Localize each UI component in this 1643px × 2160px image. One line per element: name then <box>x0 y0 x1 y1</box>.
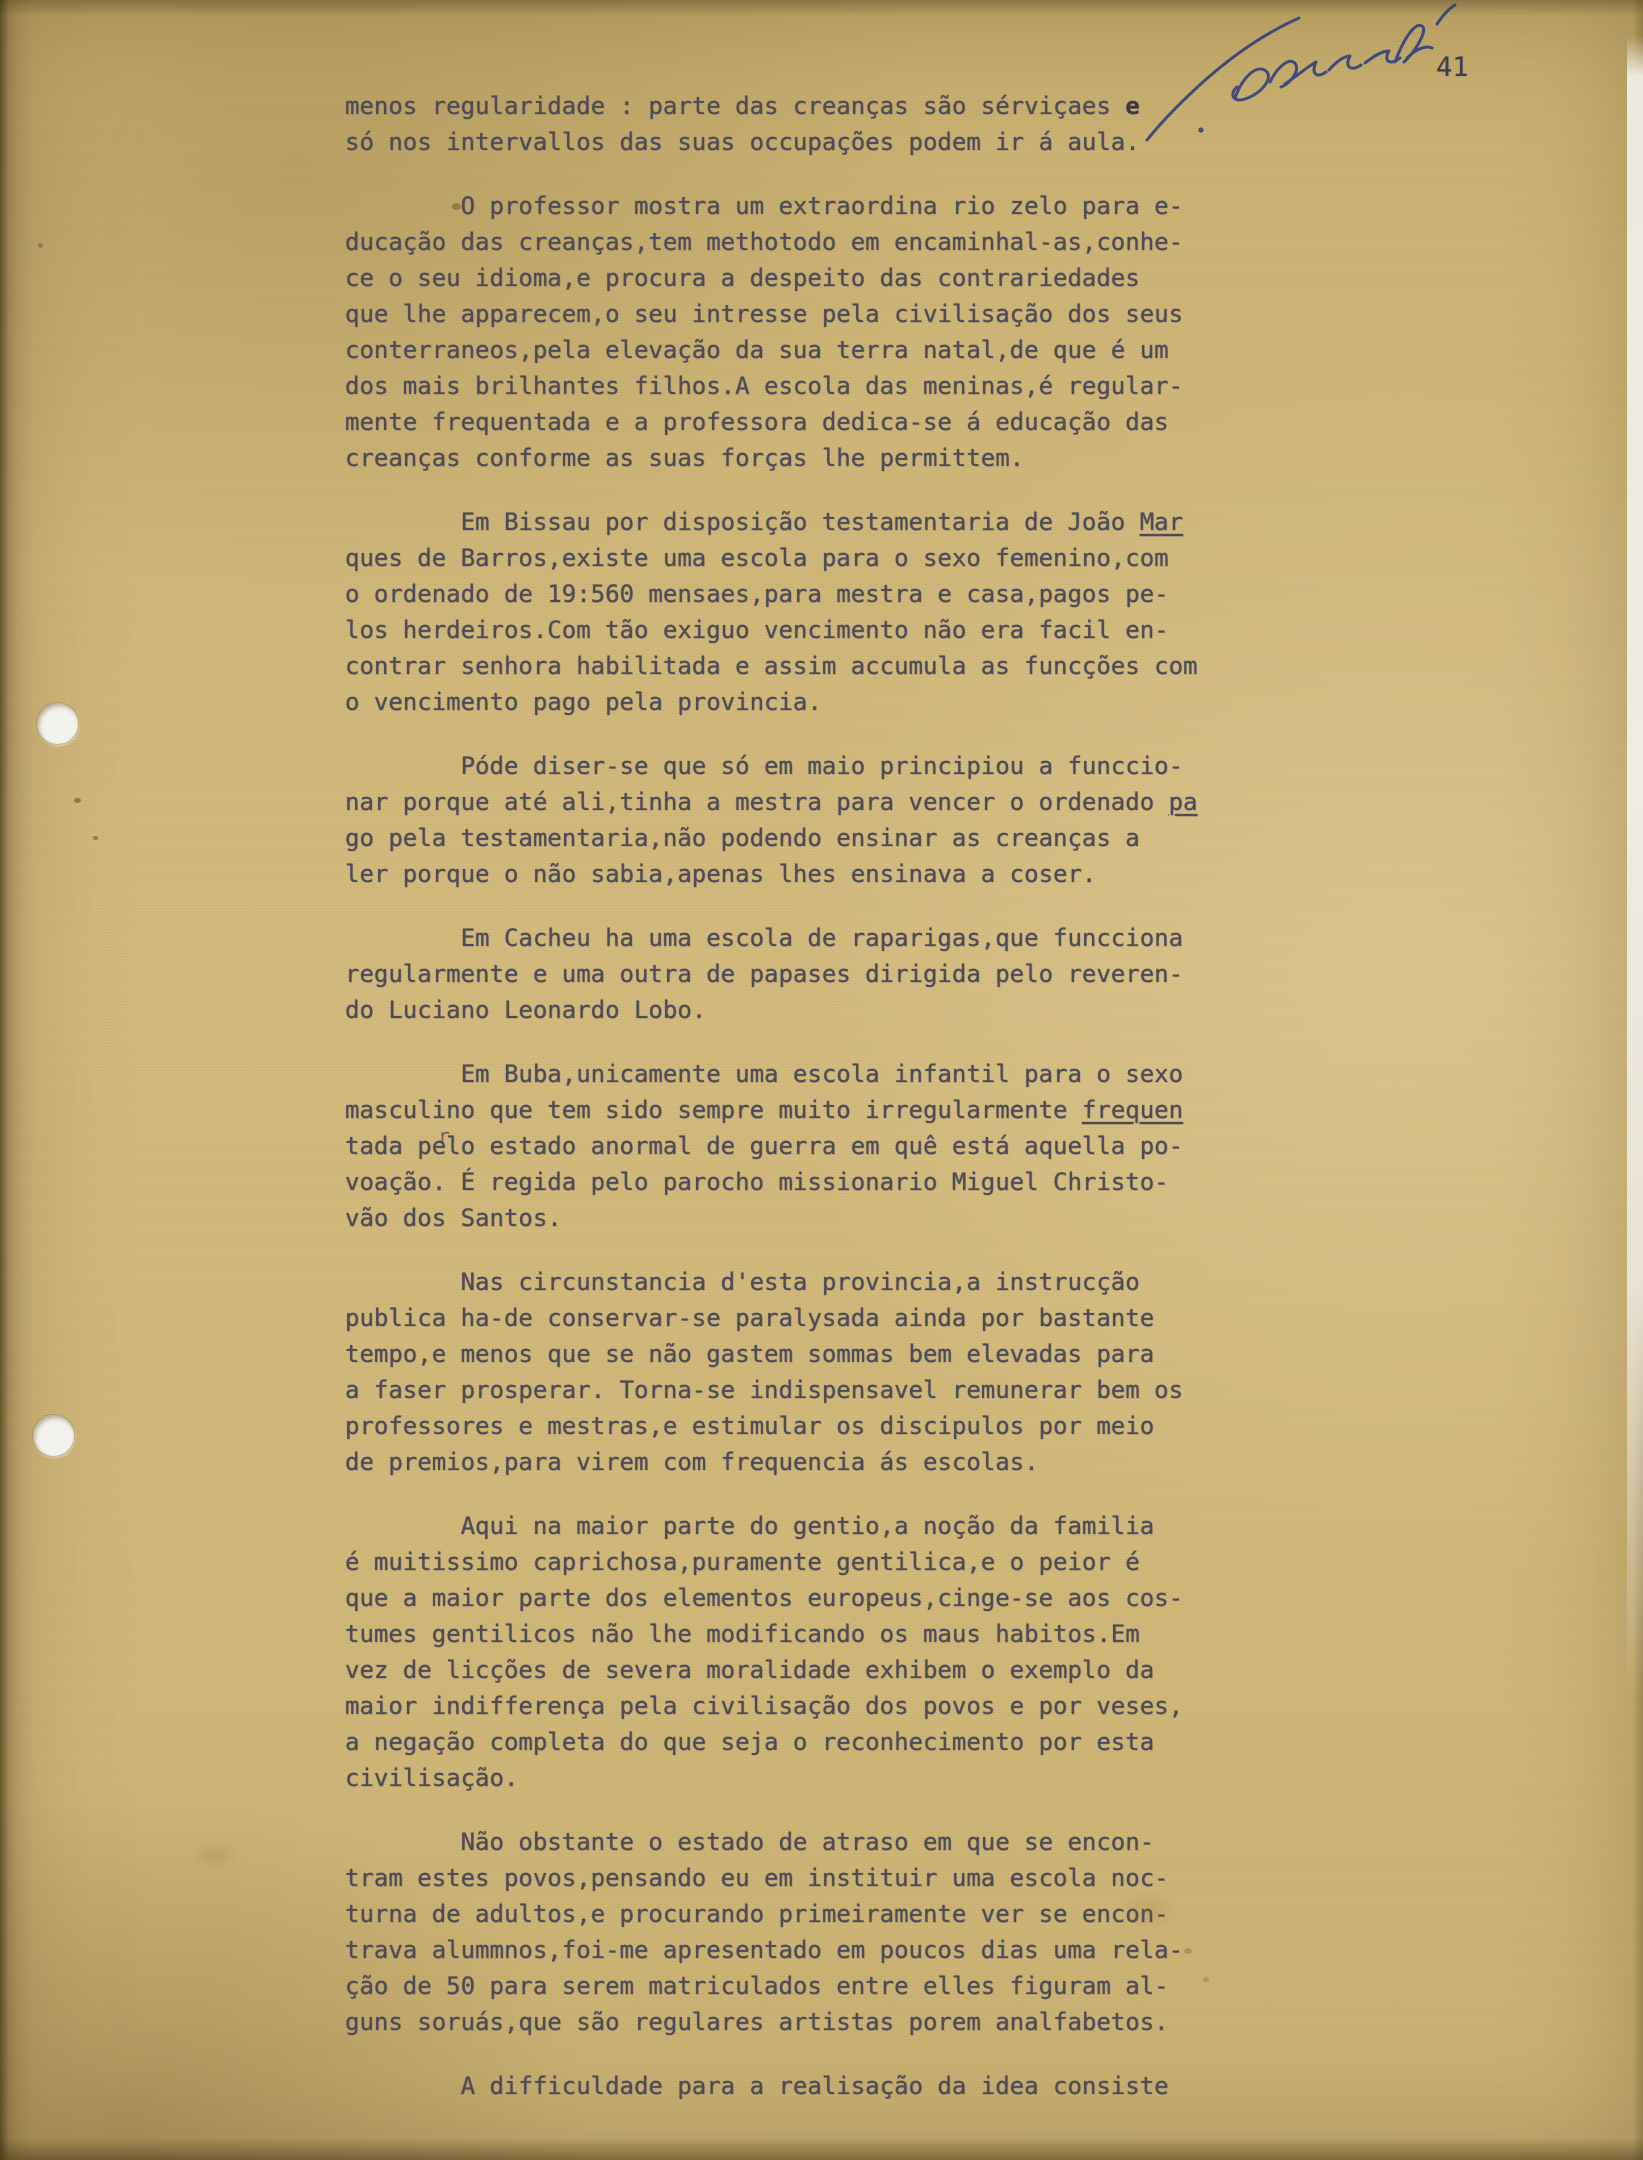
scanned-document-page: 41 menos regularidade : parte das creanç… <box>0 0 1643 2160</box>
text-line: tada pelo estado anormal de guerra em qu… <box>345 1128 1225 1164</box>
text-line: maior indifferença pela civilisação dos … <box>345 1688 1225 1724</box>
text-line: ler porque o não sabia,apenas lhes ensin… <box>345 856 1225 892</box>
text-line: masculino que tem sido sempre muito irre… <box>345 1092 1225 1128</box>
text-line: publica ha-de conservar-se paralysada ai… <box>345 1300 1225 1336</box>
underlined-syllable: pa <box>1169 788 1198 816</box>
paper-edge-left <box>0 0 34 2160</box>
paragraph: Em Buba,unicamente uma escola infantil p… <box>345 1056 1225 1236</box>
text-line: ducação das creanças,tem methotodo em en… <box>345 224 1225 260</box>
paper-stain <box>1120 1890 1180 1930</box>
underlined-syllable: Mar <box>1140 508 1183 536</box>
ink-speck <box>38 243 43 248</box>
text-line: los herdeiros.Com tão exiguo vencimento … <box>345 612 1225 648</box>
stray-ink-mark: r <box>438 1124 450 1148</box>
emphasized-letter: e <box>1125 92 1139 120</box>
paragraph: A difficuldade para a realisação da idea… <box>345 2068 1225 2104</box>
text-line: trava alummnos,foi-me apresentado em pou… <box>345 1932 1225 1968</box>
underlined-syllable: frequen <box>1082 1096 1183 1124</box>
text-line: contrar senhora habilitada e assim accum… <box>345 648 1225 684</box>
text-line: conterraneos,pela elevação da sua terra … <box>345 332 1225 368</box>
paragraph: Aqui na maior parte do gentio,a noção da… <box>345 1508 1225 1796</box>
text-line: professores e mestras,e estimular os dis… <box>345 1408 1225 1444</box>
ink-speck <box>74 798 81 803</box>
text-line: voação. É regida pelo parocho missionari… <box>345 1164 1225 1200</box>
text-line: Nas circunstancia d'esta provincia,a ins… <box>345 1264 1225 1300</box>
text-block: menos regularidade : parte das creanças … <box>345 88 1225 2132</box>
text-line: que a maior parte dos elementos europeus… <box>345 1580 1225 1616</box>
text-line: ques de Barros,existe uma escola para o … <box>345 540 1225 576</box>
paragraph: menos regularidade : parte das creanças … <box>345 88 1225 160</box>
text-line: creanças conforme as suas forças lhe per… <box>345 440 1225 476</box>
paper-edge-bottom <box>0 2138 1643 2160</box>
text-line: dos mais brilhantes filhos.A escola das … <box>345 368 1225 404</box>
text-line: vez de licções de severa moralidade exhi… <box>345 1652 1225 1688</box>
text-line: o ordenado de 19:560 mensaes,para mestra… <box>345 576 1225 612</box>
punch-hole <box>33 1415 74 1456</box>
text-line: Em Bissau por disposição testamentaria d… <box>345 504 1225 540</box>
text-line: nar porque até ali,tinha a mestra para v… <box>345 784 1225 820</box>
text-line: O professor mostra um extraordina rio ze… <box>345 188 1225 224</box>
text-line: A difficuldade para a realisação da idea… <box>345 2068 1225 2104</box>
paragraph: Póde diser-se que só em maio principiou … <box>345 748 1225 892</box>
paragraph: Nas circunstancia d'esta provincia,a ins… <box>345 1264 1225 1480</box>
text-line: ce o seu idioma,e procura a despeito das… <box>345 260 1225 296</box>
text-line: turna de adultos,e procurando primeirame… <box>345 1896 1225 1932</box>
ink-speck <box>452 203 461 210</box>
text-line: regularmente e uma outra de papases diri… <box>345 956 1225 992</box>
text-line: ção de 50 para serem matriculados entre … <box>345 1968 1225 2004</box>
paper-stain <box>190 1840 240 1870</box>
text-line: tram estes povos,pensando eu em institui… <box>345 1860 1225 1896</box>
text-line: a negação completa do que seja o reconhe… <box>345 1724 1225 1760</box>
text-line: é muitissimo caprichosa,puramente gentil… <box>345 1544 1225 1580</box>
text-line: que lhe apparecem,o seu intresse pela ci… <box>345 296 1225 332</box>
text-line: guns soruás,que são regulares artistas p… <box>345 2004 1225 2040</box>
text-line: tempo,e menos que se não gastem sommas b… <box>345 1336 1225 1372</box>
text-line: civilisação. <box>345 1760 1225 1796</box>
text-line: tumes gentilicos não lhe modificando os … <box>345 1616 1225 1652</box>
text-line: menos regularidade : parte das creanças … <box>345 88 1225 124</box>
page-number: 41 <box>1436 52 1469 83</box>
ink-speck <box>93 836 98 840</box>
scanner-edge-strip <box>1627 36 1643 1696</box>
stain-speck <box>1184 1948 1192 1954</box>
text-line: o vencimento pago pela provincia. <box>345 684 1225 720</box>
text-line: a faser prosperar. Torna-se indispensave… <box>345 1372 1225 1408</box>
text-line: só nos intervallos das suas occupações p… <box>345 124 1225 160</box>
text-line: do Luciano Leonardo Lobo. <box>345 992 1225 1028</box>
text-line: vão dos Santos. <box>345 1200 1225 1236</box>
stain-speck <box>1203 1977 1209 1982</box>
paragraph: Não obstante o estado de atraso em que s… <box>345 1824 1225 2040</box>
text-line: Em Cacheu ha uma escola de raparigas,que… <box>345 920 1225 956</box>
paragraph: O professor mostra um extraordina rio ze… <box>345 188 1225 476</box>
text-line: de premios,para virem com frequencia ás … <box>345 1444 1225 1480</box>
text-line: Não obstante o estado de atraso em que s… <box>345 1824 1225 1860</box>
text-line: Aqui na maior parte do gentio,a noção da… <box>345 1508 1225 1544</box>
punch-hole <box>37 703 78 744</box>
paragraph: Em Bissau por disposição testamentaria d… <box>345 504 1225 720</box>
text-line: mente frequentada e a professora dedica-… <box>345 404 1225 440</box>
text-line: go pela testamentaria,não podendo ensina… <box>345 820 1225 856</box>
text-line: Em Buba,unicamente uma escola infantil p… <box>345 1056 1225 1092</box>
text-line: Póde diser-se que só em maio principiou … <box>345 748 1225 784</box>
paragraph: Em Cacheu ha uma escola de raparigas,que… <box>345 920 1225 1028</box>
